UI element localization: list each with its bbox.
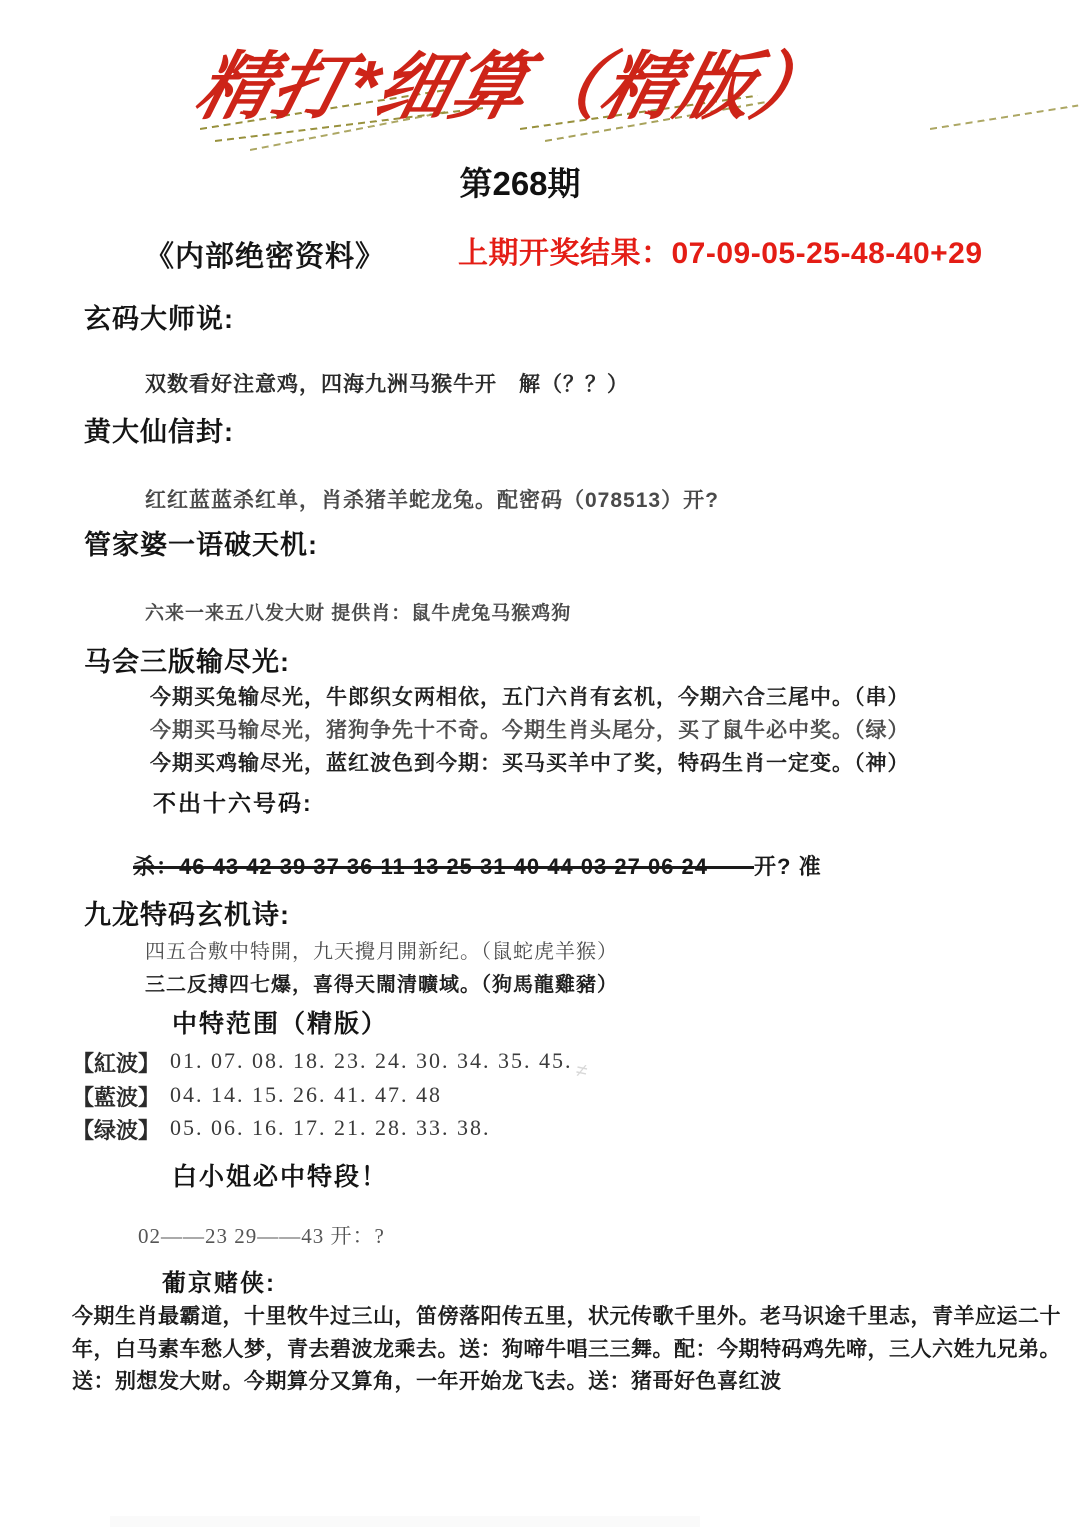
mahui-line: 今期买兔输尽光，牛郎织女两相依，五门六肖有玄机，今期六合三尾中。（串） <box>150 681 910 711</box>
wave-numbers-green: 05. 06. 16. 17. 21. 28. 33. 38. <box>170 1115 491 1141</box>
jiulong-poem-line: 四五合敷中特開，九天攪月開新纪。（鼠蛇虎羊猴） <box>145 935 618 964</box>
wave-numbers-blue: 04. 14. 15. 26. 41. 47. 48 <box>170 1082 442 1108</box>
kill-numbers-struck: 杀：46 43 42 39 37 36 11 13 25 31 40 44 03… <box>133 854 754 879</box>
kill-numbers-suffix: 开? 准 <box>754 854 822 879</box>
jiulong-poem-line: 三二反搏四七爆，喜得天閙清曠域。（狗馬龍雞豬） <box>145 968 618 997</box>
section-heading-mahui: 马会三版输尽光: <box>84 640 290 679</box>
baixiaojie-line: 02——23 29——43 开：? <box>138 1220 385 1250</box>
xuanma-line: 双数看好注意鸡，四海九洲马猴牛开 解（？？） <box>145 368 629 398</box>
guanjiapo-line: 六来一来五八发大财 提供肖：鼠牛虎兔马猴鸡狗 <box>145 598 571 625</box>
section-heading-baixiaojie: 白小姐必中特段！ <box>172 1157 388 1193</box>
wave-numbers-red: 01. 07. 08. 18. 23. 24. 30. 34. 35. 45. <box>170 1048 573 1074</box>
section-heading-huangdaxian: 黄大仙信封: <box>84 410 234 449</box>
mahui-line: 今期买马输尽光，猪狗争先十不奇。今期生肖头尾分，买了鼠牛必中奖。（绿） <box>150 714 910 744</box>
section-heading-guanjiapo: 管家婆一语破天机: <box>84 523 318 562</box>
scan-smudge: ≠ <box>574 1059 590 1084</box>
pujing-paragraph-line: 年，白马素车愁人梦，青去碧波龙乘去。送：狗啼牛唱三三舞。配：今期特码鸡先啼，三人… <box>72 1333 1061 1363</box>
section-heading-zhongte: 中特范围（精版） <box>172 1004 388 1040</box>
mahui-line: 今期买鸡输尽光，蓝红波色到今期：买马买羊中了奖，特码生肖一定变。（神） <box>150 747 910 777</box>
pujing-paragraph-line: 送：别想发大财。今期算分又算角，一年开始龙飞去。送：猪哥好色喜红波 <box>72 1365 782 1395</box>
scan-artifact-strip <box>110 1516 700 1527</box>
last-draw-result: 上期开奖结果：07-09-05-25-48-40+29 <box>458 228 983 272</box>
masthead-title: 精打*细算（精版） <box>182 28 923 153</box>
section-heading-jiulong: 九龙特码玄机诗: <box>84 893 290 932</box>
masthead-decorative-stroke <box>930 105 1078 130</box>
wave-label-red: 【紅波】 <box>72 1047 160 1078</box>
section-heading-pujing: 葡京赌侠: <box>162 1263 276 1298</box>
huangdaxian-line: 红红蓝蓝杀红单，肖杀猪羊蛇龙兔。配密码（078513）开? <box>145 484 719 514</box>
tip-sheet-page: 精打*细算（精版） 第268期 《内部绝密资料》 上期开奖结果：07-09-05… <box>0 0 1080 1527</box>
wave-label-green: 【绿波】 <box>72 1114 160 1145</box>
issue-number: 第268期 <box>0 158 1040 205</box>
doc-label: 《内部绝密资料》 <box>145 234 385 275</box>
kill-numbers-line: 杀：46 43 42 39 37 36 11 13 25 31 40 44 03… <box>133 850 822 881</box>
section-heading-buchu: 不出十六号码: <box>153 785 313 818</box>
wave-label-blue: 【藍波】 <box>72 1081 160 1112</box>
section-heading-xuanma: 玄码大师说: <box>84 297 234 336</box>
pujing-paragraph-line: 今期生肖最霸道，十里牧牛过三山，笛傍落阳传五里，状元传歌千里外。老马识途千里志，… <box>72 1300 1061 1330</box>
